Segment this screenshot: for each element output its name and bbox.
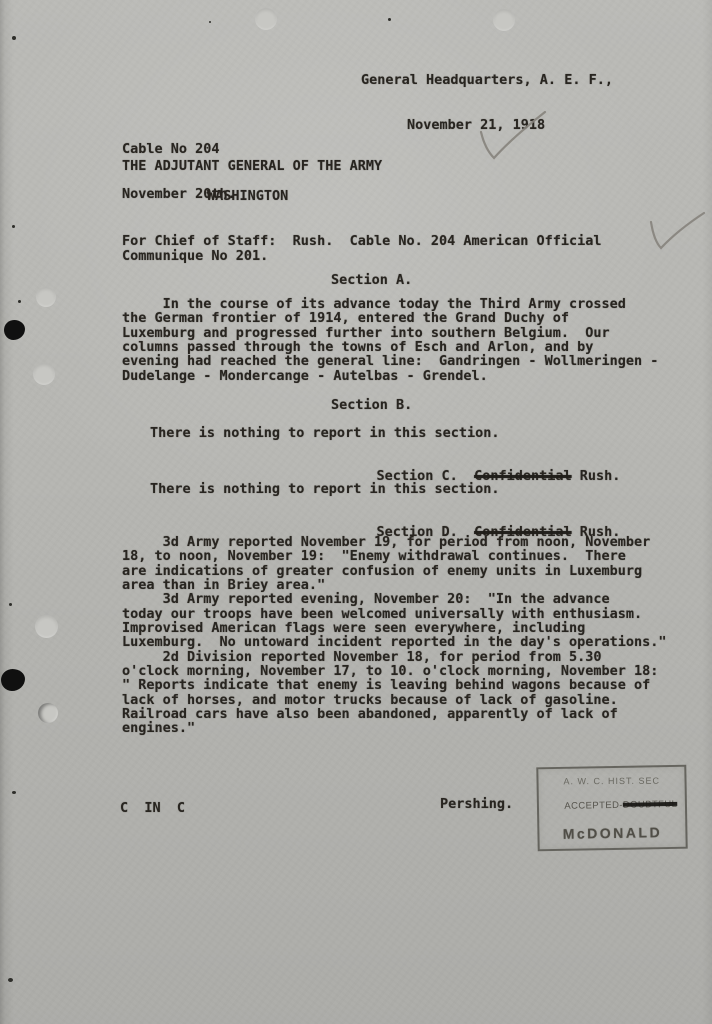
document-page: General Headquarters, A. E. F., November… xyxy=(0,0,712,1024)
paper-speck xyxy=(9,603,12,606)
section-a-title: Section A. xyxy=(331,273,412,288)
section-a-paragraph: In the course of its advance today the T… xyxy=(122,297,658,383)
stamp-struck-word: DOUBTFUL xyxy=(623,798,678,810)
punch-hole-top-left xyxy=(255,8,277,30)
letterhead-org: General Headquarters, A. E. F., xyxy=(361,73,613,88)
punch-hole-left-3 xyxy=(35,615,58,638)
punch-hole-top-right xyxy=(493,9,515,31)
letterhead-date: November 21, 1918 xyxy=(361,118,613,133)
addressee-city: WASHINGTON xyxy=(207,189,288,204)
paper-speck xyxy=(12,225,15,228)
typed-line: 2d Division reported November 18, for pe… xyxy=(122,650,667,664)
typed-line: evening had reached the general line: Ga… xyxy=(122,354,658,368)
typed-line: 18, to noon, November 19: "Enemy withdra… xyxy=(122,549,667,563)
punch-hole-left-2 xyxy=(33,363,55,385)
typed-line: Communique No 201. xyxy=(122,249,602,264)
punch-hole-left-1 xyxy=(36,287,56,307)
section-b-body: There is nothing to report in this secti… xyxy=(150,426,500,441)
cable-number: Cable No 204 xyxy=(122,142,236,157)
typed-line: engines." xyxy=(122,721,667,735)
letterhead: General Headquarters, A. E. F., November… xyxy=(361,43,613,163)
paper-speck xyxy=(18,300,21,303)
typed-line: Luxemburg and progressed further into so… xyxy=(122,326,658,340)
typed-line: " Reports indicate that enemy is leaving… xyxy=(122,678,667,692)
paper-speck xyxy=(8,978,13,982)
typed-line: today our troops have been welcomed univ… xyxy=(122,607,667,621)
signature-name: Pershing. xyxy=(440,797,513,812)
stamp-name: McDONALD xyxy=(563,824,663,842)
intro-paragraph: For Chief of Staff: Rush. Cable No. 204 … xyxy=(122,234,602,264)
section-c-rush: Rush. xyxy=(572,468,621,484)
typed-line: For Chief of Staff: Rush. Cable No. 204 … xyxy=(122,234,602,249)
section-c-body: There is nothing to report in this secti… xyxy=(150,482,500,497)
punch-hole-left-4 xyxy=(38,703,58,723)
paper-speck xyxy=(12,791,16,794)
acceptance-stamp: A. W. C. HIST. SEC ACCEPTED-DOUBTFUL McD… xyxy=(536,765,687,852)
typed-line: the German frontier of 1914, entered the… xyxy=(122,311,658,325)
paper-speck xyxy=(209,21,211,23)
cinc-label: C IN C xyxy=(120,801,185,816)
section-b-title: Section B. xyxy=(331,398,412,413)
addressee-name: THE ADJUTANT GENERAL OF THE ARMY xyxy=(122,159,382,174)
pencil-checkmark-2 xyxy=(651,213,704,248)
typed-line: 3d Army reported evening, November 20: "… xyxy=(122,592,667,606)
paper-speck xyxy=(388,18,391,21)
stamp-accepted-line: ACCEPTED-DOUBTFUL xyxy=(546,787,677,822)
stamp-org-line: A. W. C. HIST. SEC xyxy=(563,775,660,786)
reports-paragraphs: 3d Army reported November 19, for period… xyxy=(122,535,667,736)
typed-line: are indications of greater confusion of … xyxy=(122,564,667,578)
typed-line: lack of horses, and motor trucks because… xyxy=(122,693,667,707)
typed-line: Luxemburg. No untoward incident reported… xyxy=(122,635,667,649)
typed-line: Dudelange - Mondercange - Autelbas - Gre… xyxy=(122,369,658,383)
ink-blot-1 xyxy=(4,320,25,340)
stamp-accepted-label: ACCEPTED- xyxy=(564,799,623,811)
ink-blot-2 xyxy=(1,669,25,691)
paper-speck xyxy=(12,36,16,40)
typed-line: Railroad cars have also been abandoned, … xyxy=(122,707,667,721)
